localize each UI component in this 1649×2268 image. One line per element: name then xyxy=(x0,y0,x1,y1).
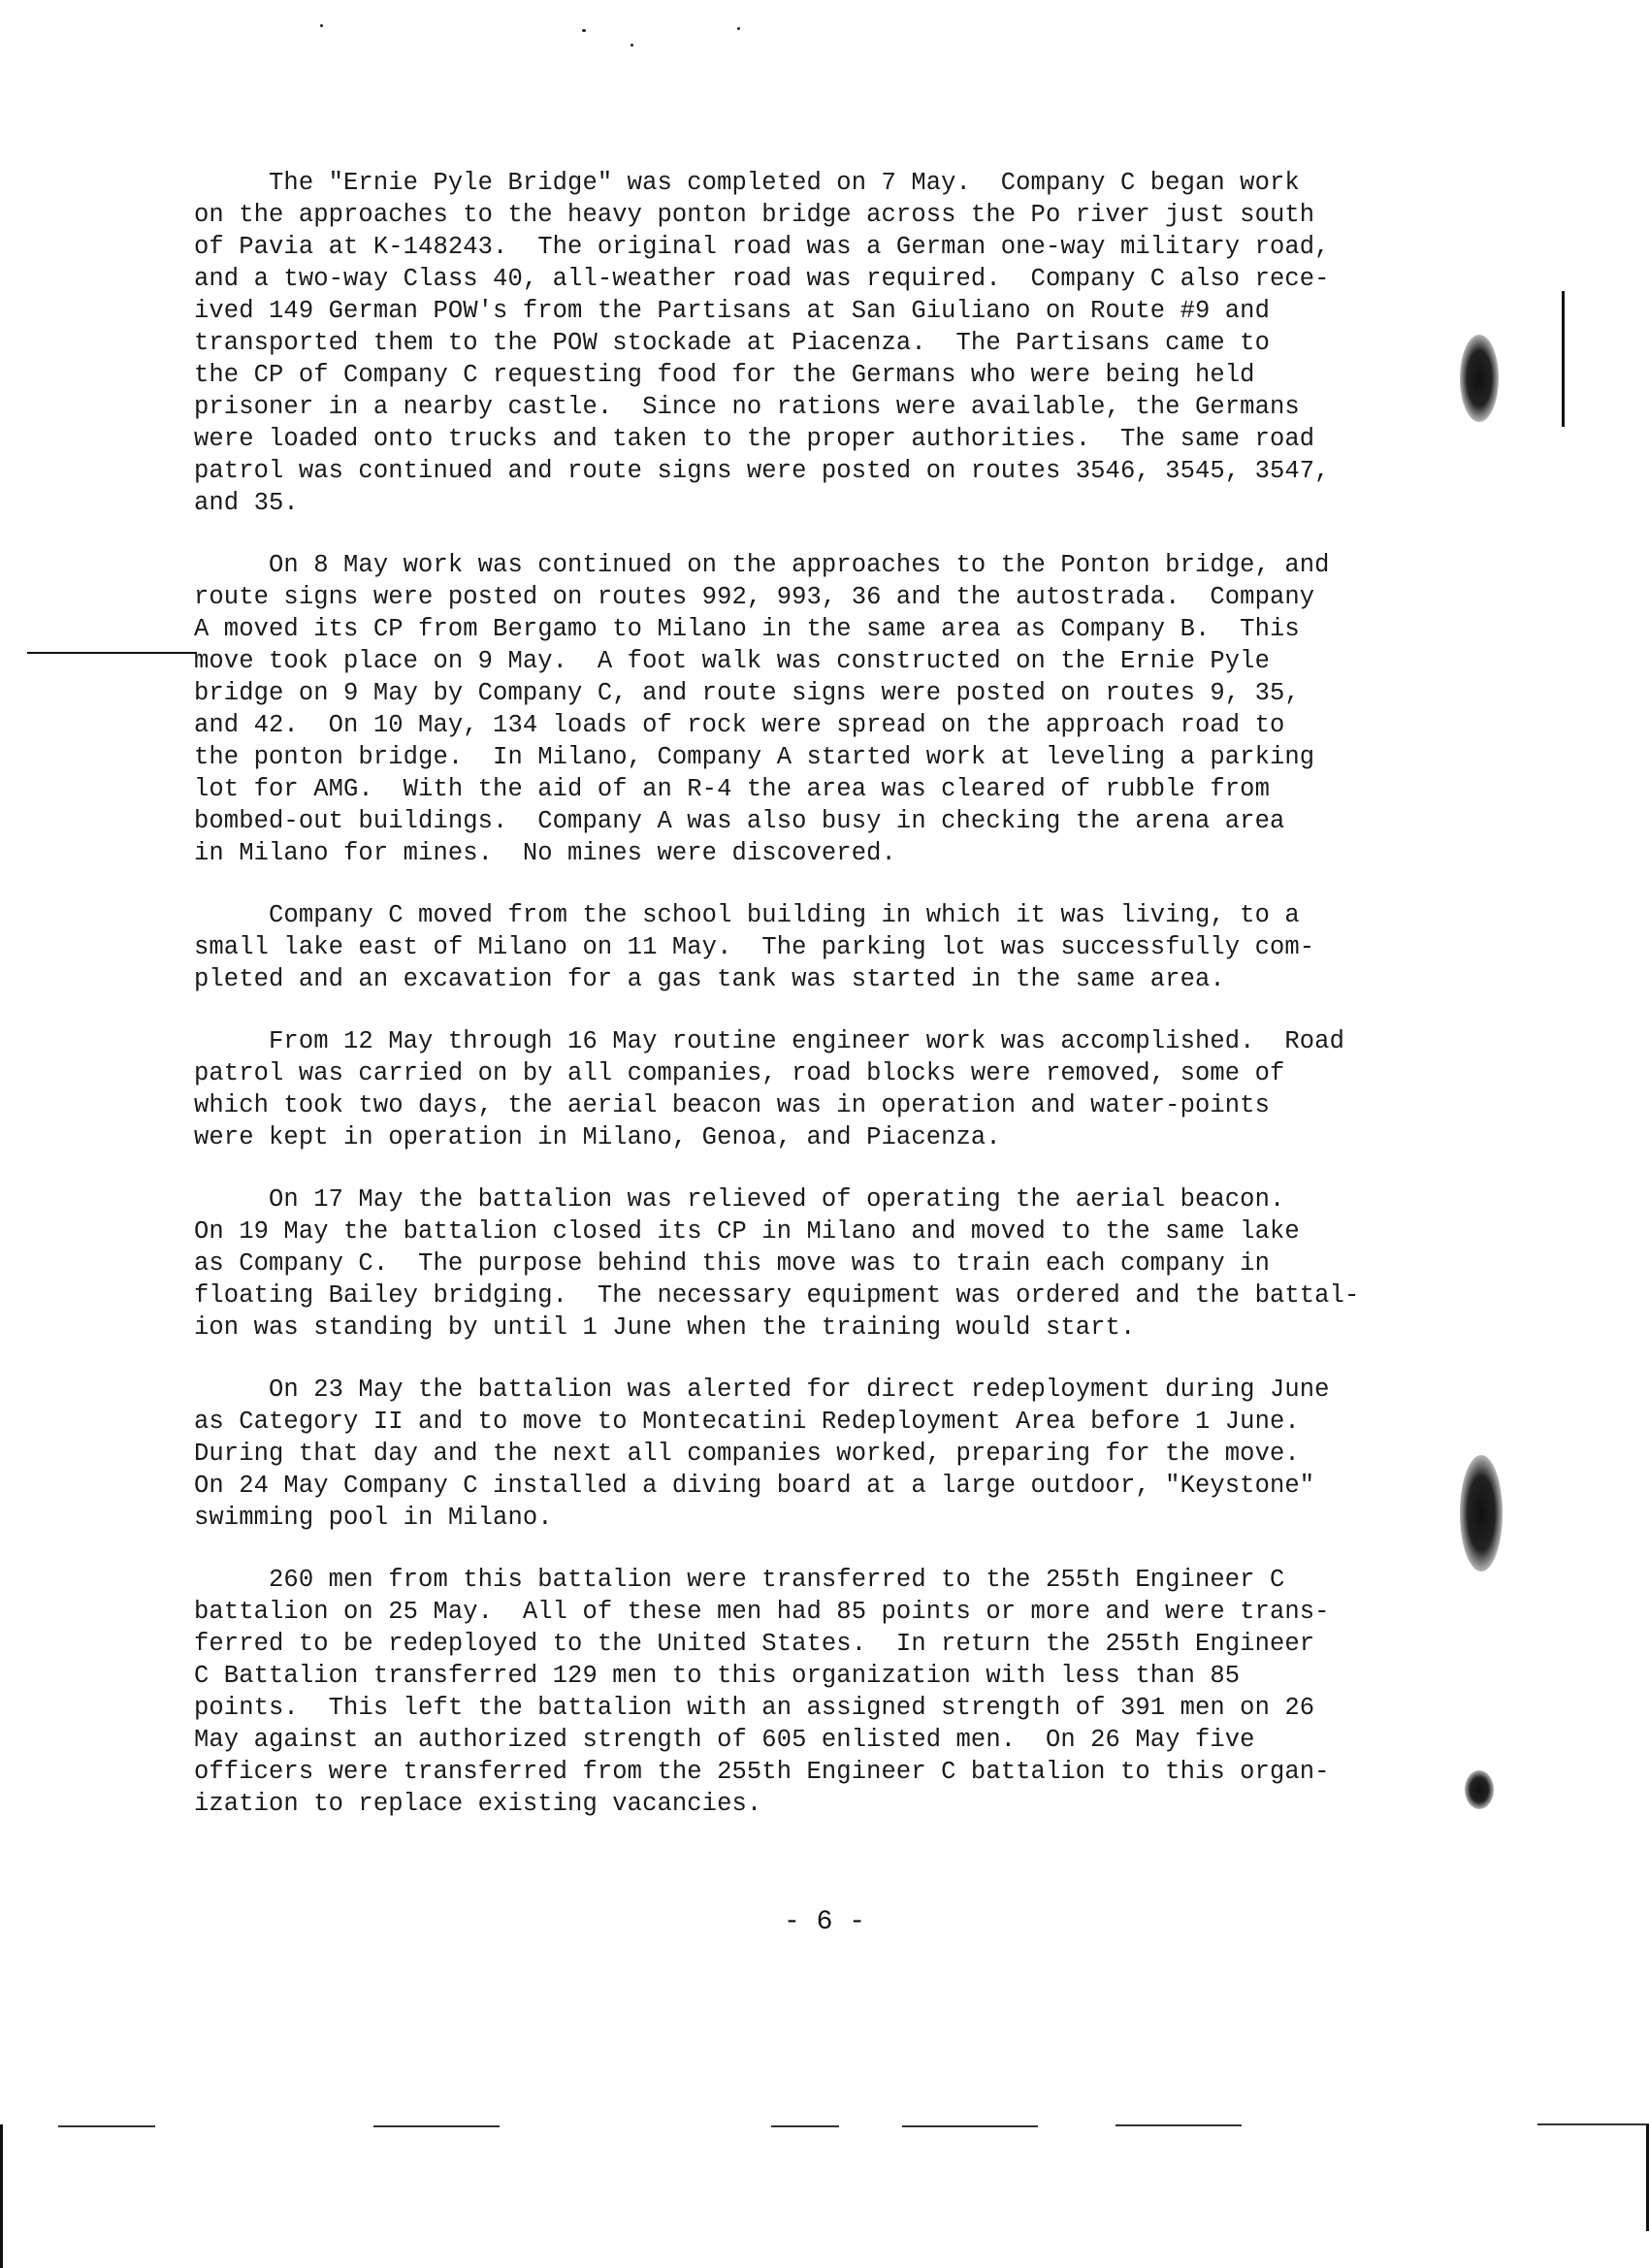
text-line: On 8 May work was continued on the appro… xyxy=(194,549,1455,581)
text-line: floating Bailey bridging. The necessary … xyxy=(194,1280,1455,1312)
text-line: were kept in operation in Milano, Genoa,… xyxy=(194,1121,1455,1153)
text-line: and a two-way Class 40, all-weather road… xyxy=(194,263,1455,295)
paragraph-6: On 23 May the battalion was alerted for … xyxy=(194,1374,1455,1534)
document-page: The "Ernie Pyle Bridge" was completed on… xyxy=(0,0,1649,2268)
page-number: - 6 - xyxy=(0,1907,1649,1937)
text-line: On 23 May the battalion was alerted for … xyxy=(194,1374,1455,1406)
paragraph-4: From 12 May through 16 May routine engin… xyxy=(194,1025,1455,1153)
text-line: prisoner in a nearby castle. Since no ra… xyxy=(194,391,1455,423)
scan-edge-rule xyxy=(1115,2124,1242,2126)
margin-arrow-mark xyxy=(27,652,197,654)
text-line: ization to replace existing vacancies. xyxy=(194,1788,1455,1820)
text-line: C Battalion transferred 129 men to this … xyxy=(194,1660,1455,1692)
scan-edge-left xyxy=(0,2124,3,2268)
text-line: small lake east of Milano on 11 May. The… xyxy=(194,931,1455,963)
document-body: The "Ernie Pyle Bridge" was completed on… xyxy=(194,167,1455,1850)
text-line: on the approaches to the heavy ponton br… xyxy=(194,199,1455,231)
text-line: of Pavia at K-148243. The original road … xyxy=(194,231,1455,263)
text-line: which took two days, the aerial beacon w… xyxy=(194,1089,1455,1121)
text-line: From 12 May through 16 May routine engin… xyxy=(194,1025,1455,1057)
text-line: bridge on 9 May by Company C, and route … xyxy=(194,677,1455,709)
text-line: May against an authorized strength of 60… xyxy=(194,1724,1455,1756)
text-line: swimming pool in Milano. xyxy=(194,1502,1455,1534)
text-line: officers were transferred from the 255th… xyxy=(194,1756,1455,1788)
text-line: On 17 May the battalion was relieved of … xyxy=(194,1183,1455,1215)
scan-edge-rule xyxy=(58,2125,155,2127)
text-line: transported them to the POW stockade at … xyxy=(194,327,1455,359)
text-line: A moved its CP from Bergamo to Milano in… xyxy=(194,613,1455,645)
text-line: patrol was continued and route signs wer… xyxy=(194,455,1455,487)
paragraph-7: 260 men from this battalion were transfe… xyxy=(194,1564,1455,1820)
text-line: pleted and an excavation for a gas tank … xyxy=(194,963,1455,995)
text-line: in Milano for mines. No mines were disco… xyxy=(194,837,1455,869)
text-line: The "Ernie Pyle Bridge" was completed on… xyxy=(194,167,1455,199)
ink-blot-lower-right xyxy=(1465,1770,1494,1809)
text-line: ion was standing by until 1 June when th… xyxy=(194,1312,1455,1344)
text-line: 260 men from this battalion were transfe… xyxy=(194,1564,1455,1596)
text-line: move took place on 9 May. A foot walk wa… xyxy=(194,645,1455,677)
text-line: were loaded onto trucks and taken to the… xyxy=(194,423,1455,455)
paragraph-3: Company C moved from the school building… xyxy=(194,899,1455,995)
text-line: bombed-out buildings. Company A was also… xyxy=(194,805,1455,837)
scan-edge-rule xyxy=(771,2125,839,2127)
text-line: On 19 May the battalion closed its CP in… xyxy=(194,1215,1455,1247)
scan-edge-rule xyxy=(902,2125,1038,2127)
text-line: route signs were posted on routes 992, 9… xyxy=(194,581,1455,613)
text-line: and 42. On 10 May, 134 loads of rock wer… xyxy=(194,709,1455,741)
text-line: ferred to be redeployed to the United St… xyxy=(194,1628,1455,1660)
text-line: patrol was carried on by all companies, … xyxy=(194,1057,1455,1089)
ink-blot-top-right xyxy=(1460,335,1499,422)
text-line: During that day and the next all compani… xyxy=(194,1438,1455,1470)
text-line: lot for AMG. With the aid of an R-4 the … xyxy=(194,773,1455,805)
paragraph-2: On 8 May work was continued on the appro… xyxy=(194,549,1455,869)
text-line: the CP of Company C requesting food for … xyxy=(194,359,1455,391)
scan-edge-rule xyxy=(373,2125,500,2127)
paragraph-5: On 17 May the battalion was relieved of … xyxy=(194,1183,1455,1344)
text-line: battalion on 25 May. All of these men ha… xyxy=(194,1596,1455,1628)
scan-edge-rule xyxy=(1537,2123,1649,2125)
margin-mark-right xyxy=(1562,291,1565,427)
text-line: points. This left the battalion with an … xyxy=(194,1692,1455,1724)
ink-blot-mid-right xyxy=(1460,1455,1503,1571)
text-line: and 35. xyxy=(194,487,1455,519)
text-line: On 24 May Company C installed a diving b… xyxy=(194,1470,1455,1502)
text-line: as Category II and to move to Montecatin… xyxy=(194,1406,1455,1438)
text-line: Company C moved from the school building… xyxy=(194,899,1455,931)
text-line: ived 149 German POW's from the Partisans… xyxy=(194,295,1455,327)
text-line: as Company C. The purpose behind this mo… xyxy=(194,1247,1455,1280)
paragraph-1: The "Ernie Pyle Bridge" was completed on… xyxy=(194,167,1455,519)
text-line: the ponton bridge. In Milano, Company A … xyxy=(194,741,1455,773)
